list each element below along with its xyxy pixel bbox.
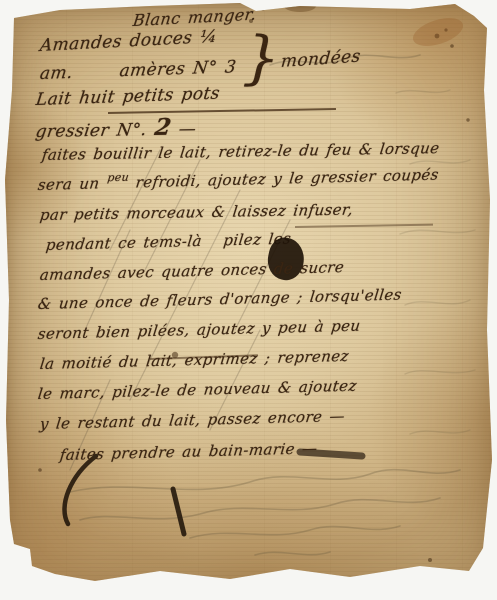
paper-sheet: Blanc manger. Amandes douces ¼ am. amère… <box>0 0 497 600</box>
gressier-label: gressier N°. <box>34 120 156 142</box>
manuscript-line: seront bien pilées, ajoutez y peu à peu <box>37 317 362 344</box>
manuscript-line: sera un peu refroidi, ajoutez y le gress… <box>37 165 440 194</box>
line-segment: pendant ce tems-là <box>45 232 210 254</box>
line-segment: sera un <box>37 174 108 194</box>
ingredient-brace-note: mondées <box>280 46 361 72</box>
manuscript-line: faites bouillir le lait, retirez-le du f… <box>41 139 441 164</box>
flourish-rule <box>295 224 433 228</box>
recipe-title: Blanc manger. <box>132 4 258 30</box>
interlinear-insertion: peu <box>107 171 130 185</box>
ingredient-line-almonds-sweet: Amandes douces ¼ <box>39 27 218 56</box>
ingredient-line-milk: Lait huit petits pots <box>35 84 221 111</box>
ingredient-line-gressier: gressier N°. 2 — <box>34 113 198 143</box>
manuscript-photo: { "manuscript": { "title": "Blanc manger… <box>0 0 497 600</box>
manuscript-line: y le restant du lait, passez encore — <box>39 407 346 433</box>
scan-stage: Blanc manger. Amandes douces ¼ am. amère… <box>0 0 497 600</box>
manuscript-line: la moitié du lait, exprimez ; reprenez <box>39 347 350 373</box>
manuscript-line: par petits morceaux & laissez infuser, <box>39 201 354 225</box>
line-segment: refroidi, ajoutez y le gressier coupés <box>128 165 440 191</box>
underline-rule <box>108 108 336 113</box>
gressier-dash: — <box>170 119 198 139</box>
manuscript-line: amandes avec quatre onces de sucre <box>39 258 345 284</box>
ingredient-line-almonds-bitter: am. amères N° 3 <box>39 57 238 84</box>
ingredient-brace: } <box>242 28 281 87</box>
manuscript-line: & une once de fleurs d'orange ; lorsqu'e… <box>37 285 403 313</box>
manuscript-line: faites prendre au bain-marie — <box>59 439 319 464</box>
manuscript-line: pendant ce tems-là pilez les <box>45 230 292 254</box>
manuscript-line: le marc, pilez-le de nouveau & ajoutez <box>37 377 358 403</box>
